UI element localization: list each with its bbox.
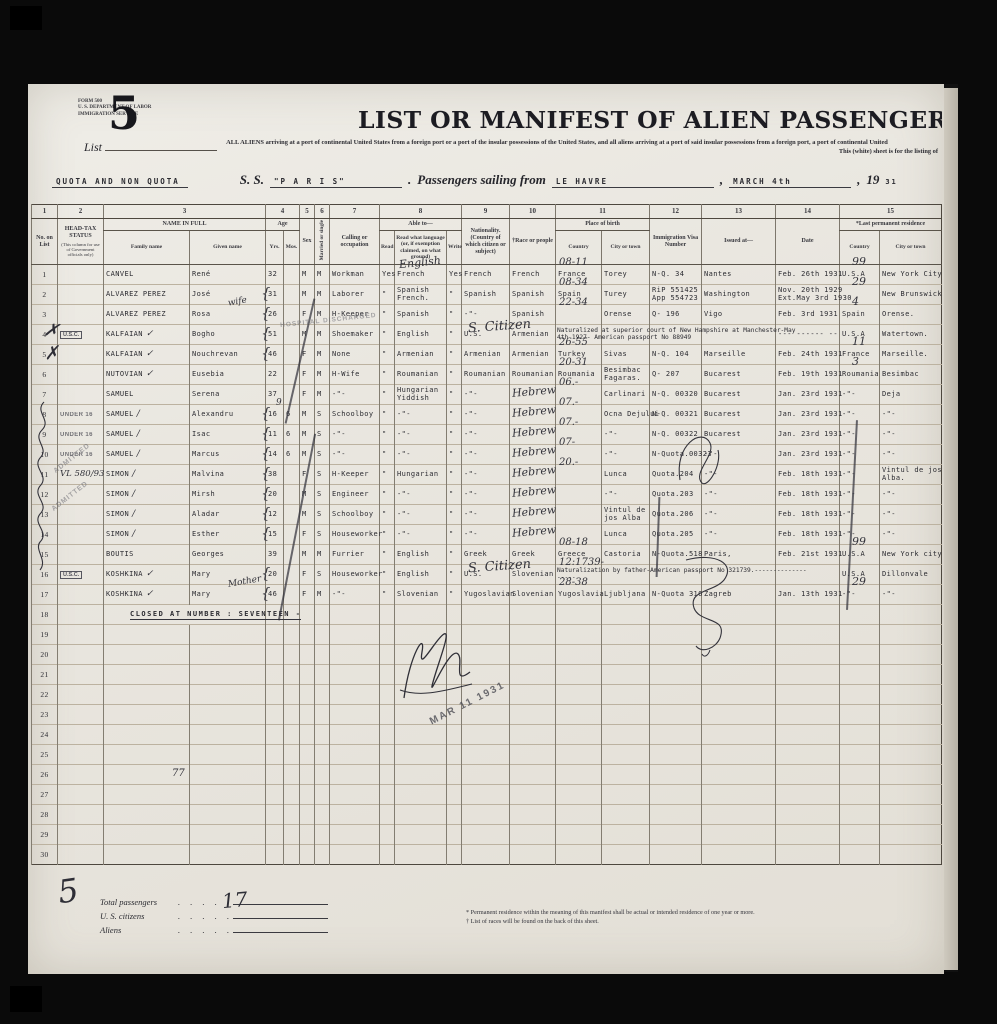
cell-rcity xyxy=(880,825,942,845)
cell-rc: -"- xyxy=(840,445,880,465)
manifest-row: 28 xyxy=(32,805,942,825)
col-num: 5 xyxy=(300,205,315,219)
cell-giv: Isac xyxy=(190,425,266,445)
cell-rcity xyxy=(880,765,942,785)
cell-bc xyxy=(556,665,602,685)
cell-yrs xyxy=(266,705,284,725)
cell-rlang: Roumanian xyxy=(395,365,447,385)
cell-mar xyxy=(315,805,330,825)
handwritten-note: ✓ xyxy=(146,369,154,379)
cell-race: Hebrew xyxy=(510,385,556,405)
cell-sex xyxy=(300,805,315,825)
cell-sex: M xyxy=(300,265,315,285)
hand-brace: { xyxy=(261,425,271,442)
col-num: 6 xyxy=(315,205,330,219)
cell-bcity: Castoria xyxy=(602,545,650,565)
totals-block: Total passengers . . . . . U. S. citizen… xyxy=(100,896,328,938)
cell-ht xyxy=(58,845,104,865)
cell-nat: -"- xyxy=(462,505,510,525)
cell-rc xyxy=(840,785,880,805)
cell-rc xyxy=(840,625,880,645)
cell-ht xyxy=(58,585,104,605)
col-num: 4 xyxy=(266,205,300,219)
cell-call: -"- xyxy=(330,585,380,605)
cell-write: " xyxy=(447,545,462,565)
cell-yrs xyxy=(266,845,284,865)
cell-visa: N-Q. 00320 xyxy=(650,385,702,405)
cell-issued: -"- xyxy=(702,505,776,525)
comma: , xyxy=(857,172,860,188)
cell-fam xyxy=(104,625,190,645)
col-header-visa: Immigration Visa Number xyxy=(650,219,702,265)
cell-visa xyxy=(650,725,702,745)
cell-date xyxy=(776,685,840,705)
cell-mos xyxy=(284,465,300,485)
cell-date xyxy=(776,645,840,665)
cell-date: Jan. 23rd 1931 xyxy=(776,425,840,445)
cell-mar xyxy=(315,625,330,645)
cell-giv xyxy=(190,685,266,705)
cell-nat: -"- xyxy=(462,425,510,445)
cell-write: " xyxy=(447,365,462,385)
handwritten-note: ✓ xyxy=(146,589,154,599)
cell-yrs: 22 xyxy=(266,365,284,385)
cell-bcity xyxy=(602,645,650,665)
cell-fam xyxy=(104,665,190,685)
cell-rlang xyxy=(395,785,447,805)
cell-call: Workman xyxy=(330,265,380,285)
cell-nat: -"- xyxy=(462,525,510,545)
cell-issued xyxy=(702,665,776,685)
col-header-family: Family name xyxy=(104,230,190,264)
cell-mar: S xyxy=(315,465,330,485)
cell-sex xyxy=(300,665,315,685)
cell-write: " xyxy=(447,405,462,425)
cell-fam: CLOSED AT NUMBER : SEVENTEEN - xyxy=(104,605,266,625)
scan-mark-bottom-left xyxy=(10,986,42,1012)
cell-race xyxy=(510,665,556,685)
cell-rlang: Armenian xyxy=(395,345,447,365)
cell-bc xyxy=(556,605,602,625)
cell-rcity: Besimbac xyxy=(880,365,942,385)
cell-race xyxy=(510,805,556,825)
cell-fam: SAMUEL∕ xyxy=(104,425,190,445)
cell-rlang: English xyxy=(395,325,447,345)
cell-yrs xyxy=(266,645,284,665)
scan-frame-bottom xyxy=(0,972,997,1024)
stacked-sheet-edge xyxy=(944,88,958,970)
cell-issued xyxy=(702,705,776,725)
cell-write xyxy=(447,805,462,825)
cell-mar xyxy=(315,825,330,845)
hand-brace: { xyxy=(261,485,271,502)
cell-fam: SAMUEL∕ xyxy=(104,445,190,465)
cell-sex: F xyxy=(300,365,315,385)
col-header-no: No. on List xyxy=(32,219,58,265)
col-num: 2 xyxy=(58,205,104,219)
cell-giv: Serena xyxy=(190,385,266,405)
cell-mos xyxy=(284,685,300,705)
handwritten-note: ∕ xyxy=(137,409,140,419)
dot-leader: . . . . . xyxy=(178,925,233,935)
col-num: 1 xyxy=(32,205,58,219)
cell-visa: RiP 551425App 554723 xyxy=(650,285,702,305)
cell-rcity: Marseille. xyxy=(880,345,942,365)
cell-mar: M xyxy=(315,545,330,565)
cell-date: Feb. 18th 1931 xyxy=(776,485,840,505)
cell-mar: M xyxy=(315,285,330,305)
cell-rcity xyxy=(880,625,942,645)
cell-read: " xyxy=(380,385,395,405)
cell-write xyxy=(447,785,462,805)
cell-nat: U.S.S. Citizen xyxy=(462,565,510,585)
cell-read: " xyxy=(380,585,395,605)
cell-race: Armenian xyxy=(510,345,556,365)
cell-rcity: -"- xyxy=(880,445,942,465)
handwritten-note: Hebrew xyxy=(512,484,557,500)
cell-bcity: Vintul dejos Alba xyxy=(602,505,650,525)
cell-nat: -"- xyxy=(462,485,510,505)
cell-bcity: Sivas xyxy=(602,345,650,365)
cell-no: 24 xyxy=(32,725,58,745)
cell-rcity: Dillonvale xyxy=(880,565,942,585)
cell-rcity: -"- xyxy=(880,585,942,605)
hand-brace: { xyxy=(261,405,271,422)
scan-mark-top-left xyxy=(10,6,42,30)
cell-race: Hebrew xyxy=(510,445,556,465)
cell-write: " xyxy=(447,525,462,545)
cell-yrs xyxy=(266,745,284,765)
cell-rcity: New York city xyxy=(880,545,942,565)
cell-nat xyxy=(462,805,510,825)
col-num: 7 xyxy=(330,205,380,219)
cell-bcity xyxy=(602,685,650,705)
cell-write: " xyxy=(447,305,462,325)
cell-race xyxy=(510,765,556,785)
cell-nat: -"- xyxy=(462,385,510,405)
manifest-row: 26 xyxy=(32,765,942,785)
handwritten-note: 9 xyxy=(276,399,282,409)
cell-mar xyxy=(315,725,330,745)
cell-giv xyxy=(190,765,266,785)
handwritten-note: Hebrew xyxy=(512,424,557,440)
cell-fam: SAMUEL∕ xyxy=(104,405,190,425)
cell-write: " xyxy=(447,585,462,605)
cell-rcity: -"- xyxy=(880,405,942,425)
cell-write xyxy=(447,845,462,865)
cell-write xyxy=(447,725,462,745)
cell-giv xyxy=(190,745,266,765)
footnote-races: † List of races will be found on the bac… xyxy=(466,917,755,926)
cell-issued xyxy=(702,685,776,705)
totals-label: Aliens xyxy=(100,925,178,935)
handwritten-note: 07.- xyxy=(559,417,578,428)
cell-race xyxy=(510,825,556,845)
col-num: 3 xyxy=(104,205,266,219)
cell-ht: U.S.C. xyxy=(58,325,104,345)
cell-rc: 29 xyxy=(840,285,880,305)
cell-no: 29 xyxy=(32,825,58,845)
cell-call: None xyxy=(330,345,380,365)
cell-nat: Spanish xyxy=(462,285,510,305)
cell-mos xyxy=(284,805,300,825)
cell-rcity xyxy=(880,705,942,725)
cell-fam: ALVAREZ PEREZ xyxy=(104,285,190,305)
cell-rcity: -"- xyxy=(880,525,942,545)
manifest-row: 7SAMUELSerena37FM-"-"HungarianYiddish"-"… xyxy=(32,385,942,405)
cell-yrs xyxy=(266,825,284,845)
cell-write xyxy=(447,605,462,625)
cell-race xyxy=(510,605,556,625)
ss-label: S. S. xyxy=(240,172,264,188)
cell-date: Jan. 23rd 1931 xyxy=(776,445,840,465)
col-header-name: NAME IN FULL xyxy=(104,219,266,231)
cell-bcity xyxy=(602,765,650,785)
cell-call: H-Wife xyxy=(330,365,380,385)
col-header-given: Given name xyxy=(190,230,266,264)
cell-call: Shoemaker xyxy=(330,325,380,345)
cell-mar xyxy=(315,785,330,805)
col-header-calling: Calling or occupation xyxy=(330,219,380,265)
cell-bcity: Ocna Dejului xyxy=(602,405,650,425)
cell-nat xyxy=(462,845,510,865)
cell-rcity xyxy=(880,805,942,825)
manifest-row: 16U.S.C.KOSHKINA✓Mary20{FSHouseworker"En… xyxy=(32,565,942,585)
cell-yrs: 15{ xyxy=(266,525,284,545)
cell-giv: Rosawife xyxy=(190,305,266,325)
cell-yrs: 11{ xyxy=(266,425,284,445)
cell-nat xyxy=(462,605,510,625)
cell-mar xyxy=(315,645,330,665)
hand-brace: { xyxy=(261,345,271,362)
cell-read: " xyxy=(380,565,395,585)
cell-visa xyxy=(650,705,702,725)
handwritten-note: 22-34 xyxy=(559,297,588,308)
cell-mos xyxy=(284,765,300,785)
cell-rc: Spain4 xyxy=(840,305,880,325)
col-header-able: Able to— xyxy=(380,219,462,231)
handwritten-note: 20-31 xyxy=(559,357,588,368)
cell-visa xyxy=(650,805,702,825)
cell-bc xyxy=(556,725,602,745)
cell-date xyxy=(776,785,840,805)
cell-mos xyxy=(284,785,300,805)
cell-rlang xyxy=(395,745,447,765)
cell-call xyxy=(330,845,380,865)
cell-no: 27 xyxy=(32,785,58,805)
cell-call: Houseworker xyxy=(330,565,380,585)
cell-mar xyxy=(315,605,330,625)
handwritten-note: Hebrew xyxy=(512,504,557,520)
cell-rlang xyxy=(395,725,447,745)
col-header-date: Date xyxy=(776,219,840,265)
cell-read xyxy=(380,785,395,805)
cell-race: Hebrew xyxy=(510,405,556,425)
cell-nat: U.S.S. Citizen xyxy=(462,325,510,345)
cell-rlang: English xyxy=(395,545,447,565)
cell-write: " xyxy=(447,485,462,505)
cell-rlang xyxy=(395,825,447,845)
cell-rc: -"- xyxy=(840,505,880,525)
cell-giv: Georges xyxy=(190,545,266,565)
cell-mos xyxy=(284,745,300,765)
col-header-yrs: Yrs. xyxy=(266,230,284,264)
handwritten-note: 28-38 xyxy=(559,577,588,588)
manifest-row: 24 xyxy=(32,725,942,745)
hand-brace: { xyxy=(261,305,271,322)
col-header-read: Read xyxy=(380,230,395,264)
cell-mos xyxy=(284,645,300,665)
hand-brace: { xyxy=(261,325,271,342)
cell-rcity xyxy=(880,725,942,745)
cell-no: 25 xyxy=(32,745,58,765)
cell-rcity xyxy=(880,645,942,665)
ship-name: "P A R I S" xyxy=(270,177,402,188)
cell-ht xyxy=(58,825,104,845)
cell-call: Engineer xyxy=(330,485,380,505)
cell-rlang: Hungarian xyxy=(395,465,447,485)
headtax-label: HEAD-TAX STATUS xyxy=(65,226,97,239)
cell-read xyxy=(380,725,395,745)
cell-yrs xyxy=(266,765,284,785)
cell-ht xyxy=(58,505,104,525)
cell-sex xyxy=(300,825,315,845)
cell-visa: N-Q. 34 xyxy=(650,265,702,285)
sailing-date: MARCH 4th xyxy=(729,177,851,188)
handwritten-note: 4 xyxy=(852,296,859,308)
cell-bcity xyxy=(602,785,650,805)
col-num: 15 xyxy=(840,205,942,219)
handwritten-note: ✓ xyxy=(146,569,154,579)
handwritten-note: 11 xyxy=(852,336,866,348)
manifest-row: 25 xyxy=(32,745,942,765)
cell-no: 2 xyxy=(32,285,58,305)
cell-race xyxy=(510,705,556,725)
cell-call: Furrier xyxy=(330,545,380,565)
cell-mos xyxy=(284,265,300,285)
cell-date: Feb. 21st 1931 xyxy=(776,545,840,565)
cell-mar: S xyxy=(315,565,330,585)
handwritten-note: 26-55 xyxy=(559,337,588,348)
cell-rcity: -"- xyxy=(880,485,942,505)
cell-write: " xyxy=(447,425,462,445)
cell-ht: U.S.C. xyxy=(58,565,104,585)
cell-race xyxy=(510,785,556,805)
cell-read: " xyxy=(380,325,395,345)
cell-date xyxy=(776,805,840,825)
cell-mar xyxy=(315,665,330,685)
cell-ht xyxy=(58,365,104,385)
annotation: ✗ xyxy=(43,319,61,342)
cell-write xyxy=(447,765,462,785)
cell-no: 17 xyxy=(32,585,58,605)
cell-sex xyxy=(300,745,315,765)
cell-bcity xyxy=(602,805,650,825)
cell-rc: -"- xyxy=(840,405,880,425)
cell-no: 28 xyxy=(32,805,58,825)
cell-giv: Mirsh xyxy=(190,485,266,505)
cell-read: " xyxy=(380,285,395,305)
cell-issued xyxy=(702,745,776,765)
cell-bc xyxy=(556,505,602,525)
cell-race xyxy=(510,745,556,765)
cell-bcity: Orense xyxy=(602,305,650,325)
cell-fam: KALFAIAN✓ xyxy=(104,325,190,345)
cell-read: " xyxy=(380,505,395,525)
cell-ht: UNDER 16 xyxy=(58,405,104,425)
cell-ht xyxy=(58,745,104,765)
cell-call xyxy=(330,705,380,725)
cell-fam: KOSHKINA✓ xyxy=(104,565,190,585)
cell-bcity: Carlinari xyxy=(602,385,650,405)
list-label-text: List xyxy=(84,140,102,154)
cell-yrs xyxy=(266,785,284,805)
cell-call xyxy=(330,805,380,825)
cell-mar: S xyxy=(315,405,330,425)
cell-giv xyxy=(190,645,266,665)
cell-visa: N-Q. 104 xyxy=(650,345,702,365)
cell-giv xyxy=(190,825,266,845)
handwritten-note: 20.- xyxy=(559,457,578,468)
cell-sex: F xyxy=(300,525,315,545)
cell-giv: Bogho xyxy=(190,325,266,345)
manifest-row: 12SIMON∕Mirsh20{MSEngineer"-"-"-"-Hebrew… xyxy=(32,485,942,505)
cell-date: Jan. 23rd 1931 xyxy=(776,385,840,405)
cell-bc xyxy=(556,645,602,665)
cell-nat: Yugoslavian xyxy=(462,585,510,605)
col-header-birth: Place of birth xyxy=(556,219,650,231)
cell-bc: 20.- xyxy=(556,465,602,485)
hand-brace: { xyxy=(261,565,271,582)
cell-no: 6 xyxy=(32,365,58,385)
cell-bcity: -"- xyxy=(602,485,650,505)
cell-fam: KOSHKINA✓ xyxy=(104,585,190,605)
cell-sex xyxy=(300,685,315,705)
cell-fam: SIMON∕ xyxy=(104,525,190,545)
comma: , xyxy=(720,172,723,188)
cell-bc xyxy=(556,785,602,805)
cell-rc xyxy=(840,825,880,845)
cell-yrs xyxy=(266,725,284,745)
cell-mos xyxy=(284,825,300,845)
cell-giv: MaryMother xyxy=(190,585,266,605)
footnote-residence: * Permanent residence within the meaning… xyxy=(466,908,755,917)
margin-scribble xyxy=(30,398,56,573)
cell-race: Hebrew xyxy=(510,485,556,505)
cell-sex: M xyxy=(300,505,315,525)
cell-mar: M xyxy=(315,325,330,345)
cell-mar xyxy=(315,685,330,705)
cell-date xyxy=(776,665,840,685)
manifest-row: 10UNDER 16SAMUEL∕Marcus14{6MS-"-"-"-"-"-… xyxy=(32,445,942,465)
cell-rcity xyxy=(880,685,942,705)
cell-ht xyxy=(58,805,104,825)
cell-read xyxy=(380,845,395,865)
handwritten-note: ∕ xyxy=(132,509,135,519)
cell-ht xyxy=(58,685,104,705)
cell-rlang: -"- xyxy=(395,425,447,445)
handwritten-note: 29 xyxy=(852,576,866,588)
cell-rcity: New York City xyxy=(880,265,942,285)
cell-fam xyxy=(104,805,190,825)
cell-nat xyxy=(462,785,510,805)
cell-write: " xyxy=(447,385,462,405)
cell-date: Feb. 26th 1931 xyxy=(776,265,840,285)
manifest-row: 1CANVELRené32MMWorkmanYesFrenchEnglishYe… xyxy=(32,265,942,285)
cell-yrs: 12{ xyxy=(266,505,284,525)
cell-ht xyxy=(58,785,104,805)
handwritten-note: 07.- xyxy=(559,397,578,408)
